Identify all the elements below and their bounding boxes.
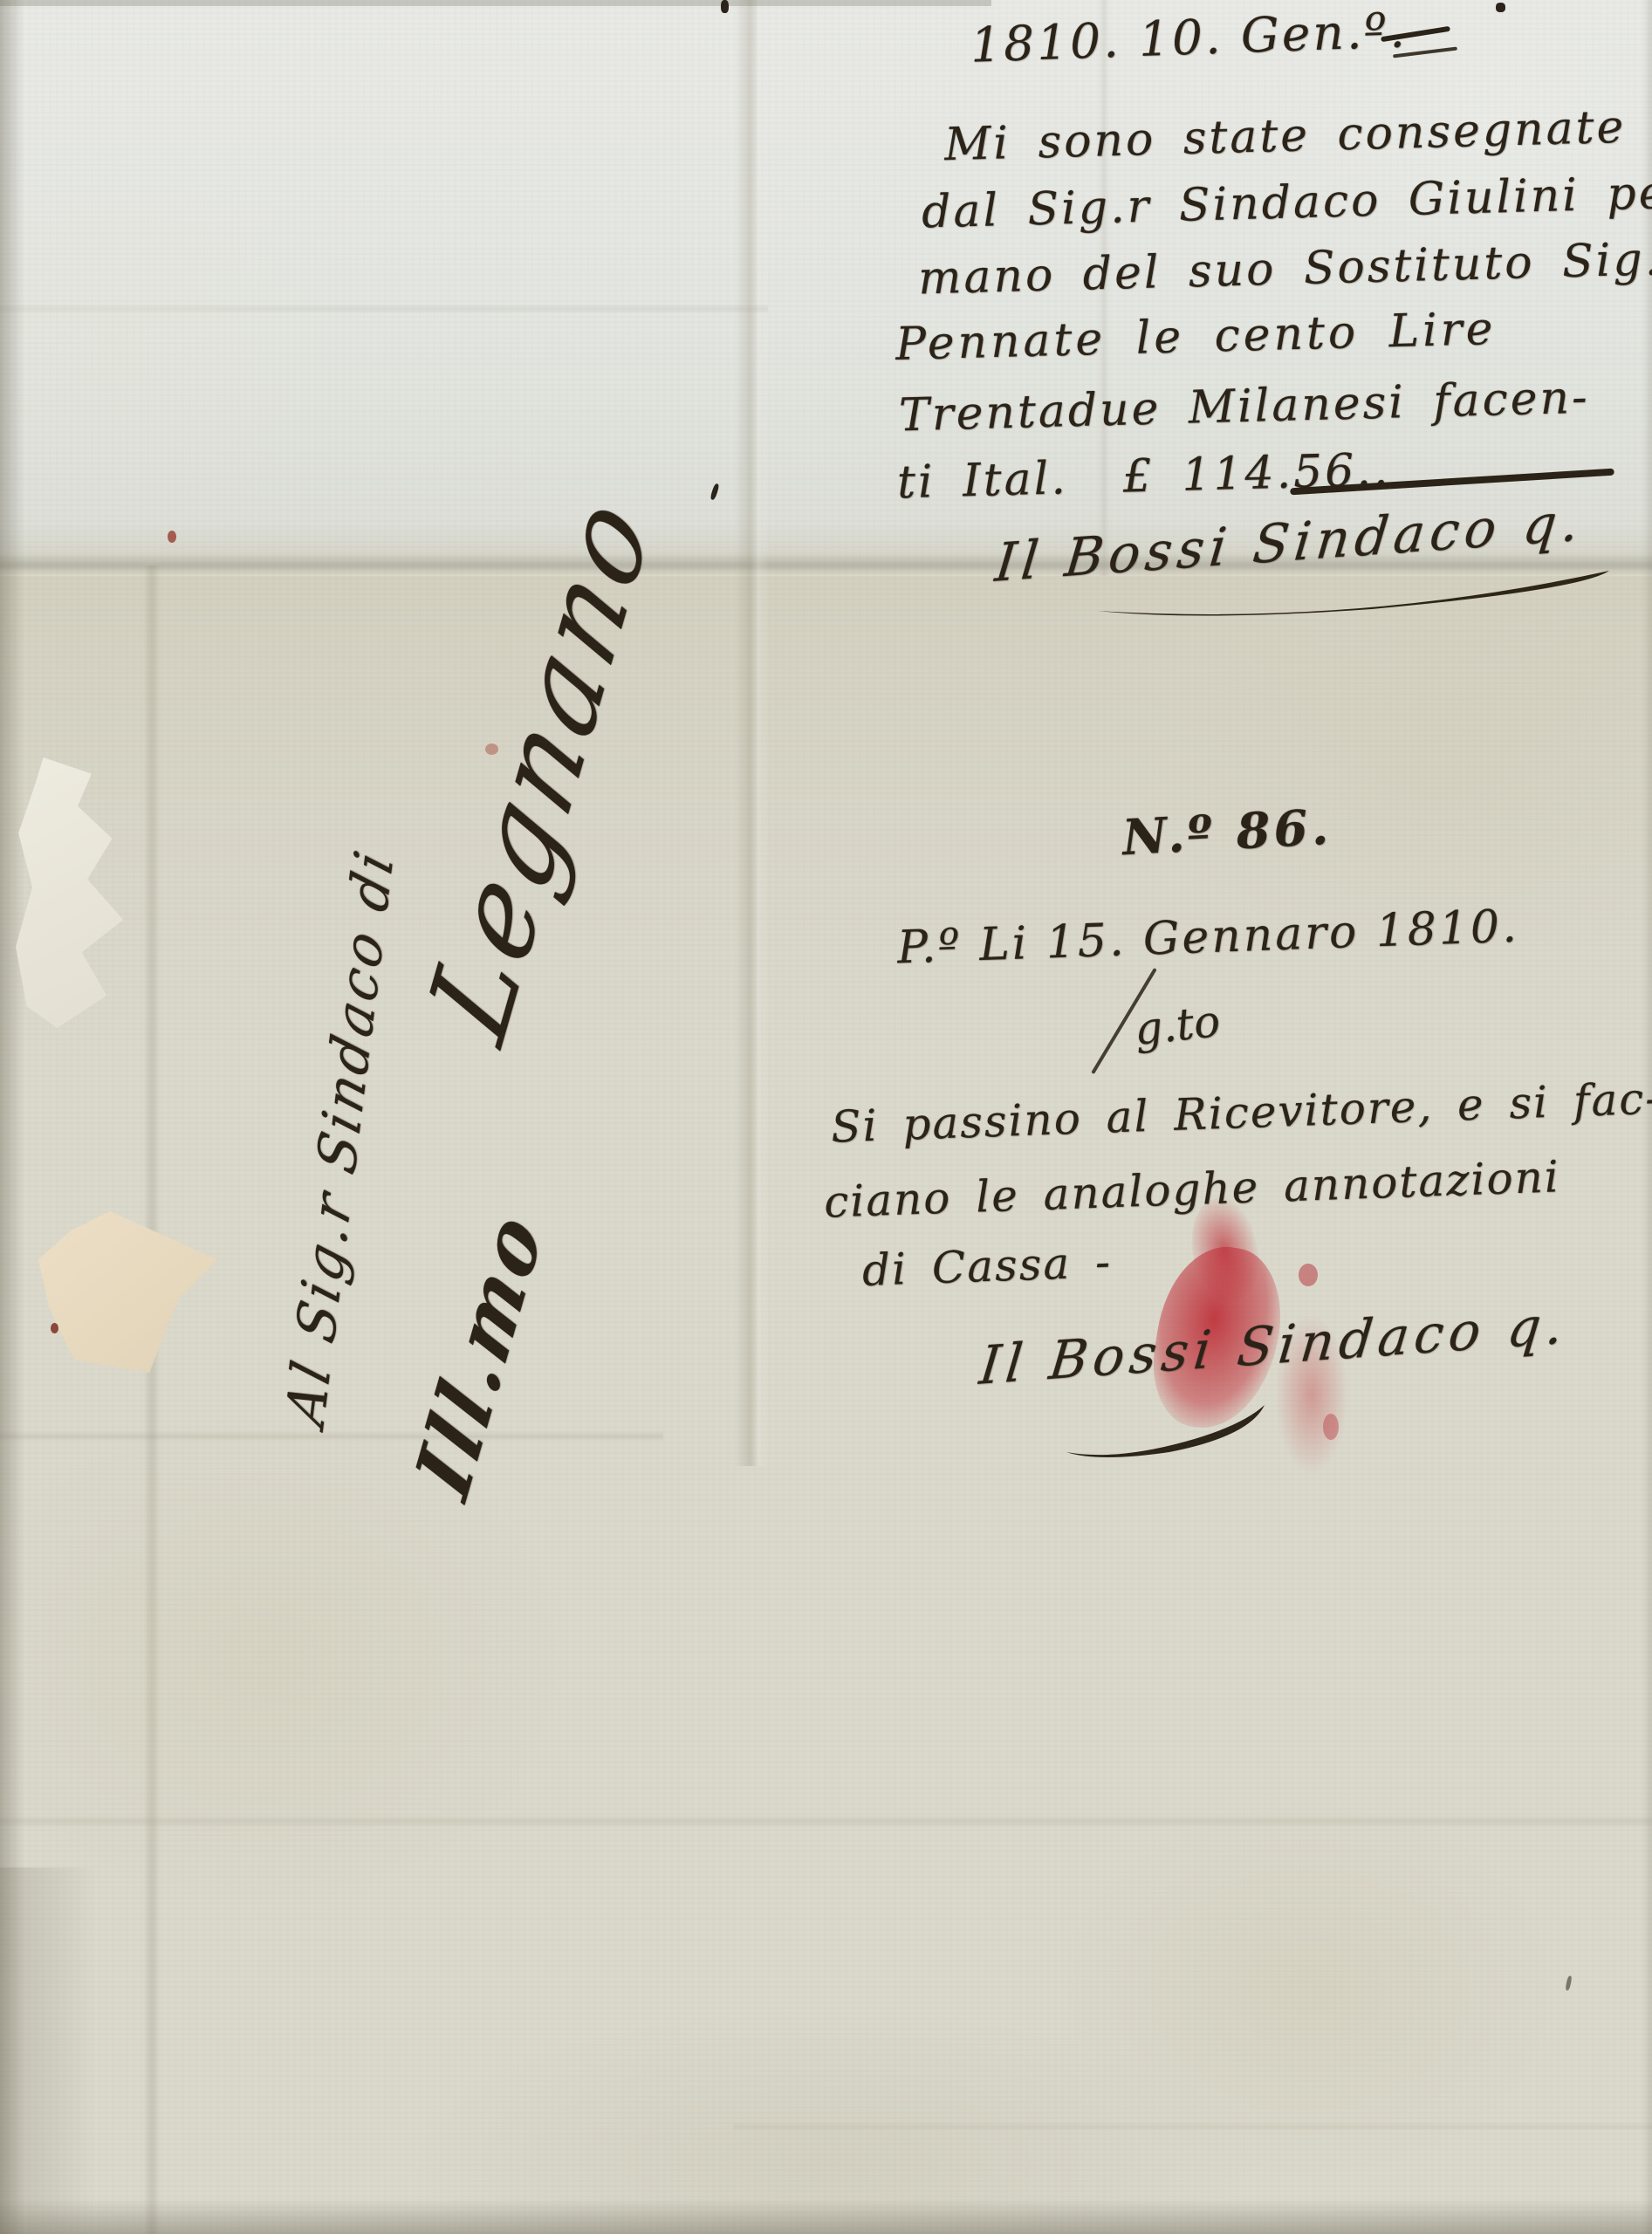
- page-edge-shadow: [0, 0, 991, 6]
- vertical-crease: [735, 0, 770, 1466]
- vertical-crease: [143, 565, 161, 2234]
- horizontal-crease: [0, 1815, 1652, 1827]
- handwritten-line: ciano le analoghe annotazioni: [823, 1155, 1560, 1223]
- page-edge-shadow: [0, 0, 24, 2234]
- handwritten-line: Mi sono state consegnate: [943, 105, 1626, 168]
- reply-date-line: P.º Li 15. Gennaro 1810.: [896, 904, 1519, 971]
- signature-flourish: [1063, 1396, 1268, 1462]
- paper-middle-tint: [0, 569, 1652, 1058]
- handwritten-line: ti Ital. £ 114.56..: [896, 448, 1391, 506]
- ink-speck: [1565, 1976, 1572, 1991]
- receipt-date-line: 1810. 10. Gen.º.: [970, 6, 1408, 69]
- wax-seal-speck: [168, 531, 176, 543]
- ink-speck: [1496, 3, 1505, 12]
- paper-tear: [16, 757, 154, 1028]
- signature-bossi: Il Bossi Sindaco q.: [977, 1299, 1571, 1393]
- address-honorific: Ill.mo: [377, 1100, 583, 1607]
- horizontal-crease: [0, 1431, 663, 1442]
- ink-speck: [709, 483, 720, 501]
- registry-mark: g.to: [1133, 999, 1223, 1052]
- corner-shading: [0, 1867, 96, 2234]
- handwritten-line: Si passino al Ricevitore, e si fac-: [830, 1076, 1652, 1148]
- handwritten-line: Trentadue Milanesi facen-: [898, 375, 1590, 439]
- handwritten-line: mano del suo Sostituto Sig.r: [917, 236, 1652, 301]
- page-edge-shadow: [0, 2199, 1652, 2234]
- handwritten-line: dal Sig.r Sindaco Giulini per: [921, 169, 1652, 235]
- address-place: Legnano: [381, 359, 701, 1173]
- paper-tear: [38, 1211, 217, 1373]
- handwritten-line: di Cassa -: [861, 1240, 1112, 1292]
- ink-speck: [721, 0, 729, 13]
- address-recipient: Al Sig.r Sindaco di: [271, 783, 409, 1491]
- stain-speck: [51, 1323, 58, 1333]
- handwritten-line: Pennate le cento Lire: [895, 306, 1497, 367]
- signature-flourish: [1093, 564, 1616, 618]
- protocol-number: N.º 86.: [1121, 803, 1333, 862]
- horizontal-crease: [733, 2122, 1652, 2131]
- letter-page: 1810. 10. Gen.º. Mi sono state consegnat…: [0, 0, 1652, 2234]
- wax-seal-speck: [1323, 1414, 1339, 1440]
- horizontal-crease: [0, 304, 768, 314]
- wax-seal-speck: [1299, 1264, 1318, 1286]
